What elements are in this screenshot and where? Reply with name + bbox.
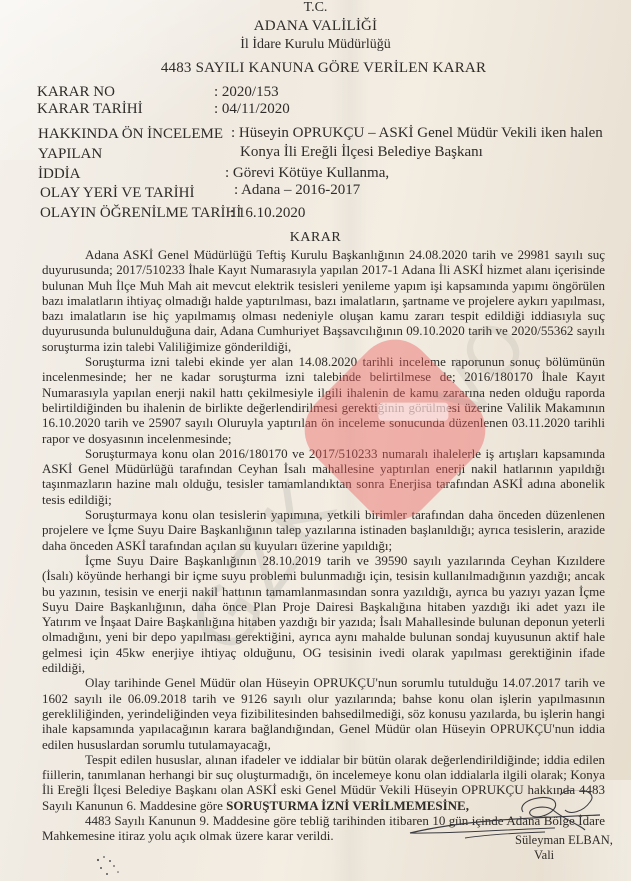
iddia-label: İDDİA (38, 166, 81, 183)
stamp-mark-icon (90, 852, 130, 881)
paragraph: Soruşturma izni talebi ekinde yer alan 1… (42, 354, 605, 446)
hakkinda-label-line1: HAKKINDA ÖN İNCELEME (38, 126, 223, 143)
signatory-name: Süleyman ELBAN, (515, 833, 613, 848)
document-title: 4483 SAYILI KANUNA GÖRE VERİLEN KARAR (8, 60, 631, 77)
karar-no-label: KARAR NO (37, 84, 115, 101)
karar-tarihi-label: KARAR TARİHİ (37, 101, 143, 118)
authority-heading: ADANA VALİLİĞİ (0, 18, 631, 35)
olay-yeri-value: : Adana – 2016-2017 (234, 182, 360, 199)
olay-yeri-label: OLAY YERİ VE TARİHİ (40, 185, 195, 202)
decision-body: Adana ASKİ Genel Müdürlüğü Teftiş Kurulu… (42, 247, 605, 844)
karar-heading: KARAR (0, 230, 631, 246)
paragraph: Olay tarihinde Genel Müdür olan Hüseyin … (42, 675, 605, 751)
karar-no-value: : 2020/153 (214, 84, 279, 101)
state-heading: T.C. (0, 0, 631, 16)
conclusion-decision: SORUŞTURMA İZNİ VERİLMEMESİNE, (226, 798, 469, 813)
department-heading: İl İdare Kurulu Müdürlüğü (0, 37, 631, 53)
paragraph: Adana ASKİ Genel Müdürlüğü Teftiş Kurulu… (42, 247, 605, 354)
hakkinda-value-line2: Konya İli Ereğli İlçesi Belediye Başkanı (240, 144, 483, 161)
iddia-value: : Görevi Kötüye Kullanma, (225, 165, 389, 182)
paragraph: Soruşturmaya konu olan 2016/180170 ve 20… (42, 446, 605, 507)
hakkinda-label-line2: YAPILAN (38, 146, 102, 163)
signatory-title: Vali (534, 848, 554, 863)
paragraph: Soruşturmaya konu olan tesislerin yapımı… (42, 507, 605, 553)
ogrenilme-label: OLAYIN ÖĞRENİLME TARİHİ (40, 205, 241, 222)
ogrenilme-value: : 16.10.2020 (230, 205, 305, 222)
paragraph: İçme Suyu Daire Başkanlığının 28.10.2019… (42, 553, 605, 675)
conclusion-paragraph: Tespit edilen hususlar, alınan ifadeler … (42, 752, 605, 813)
hakkinda-value-line1: : Hüseyin OPRUKÇU – ASKİ Genel Müdür Vek… (231, 125, 603, 142)
karar-tarihi-value: : 04/11/2020 (214, 101, 290, 118)
